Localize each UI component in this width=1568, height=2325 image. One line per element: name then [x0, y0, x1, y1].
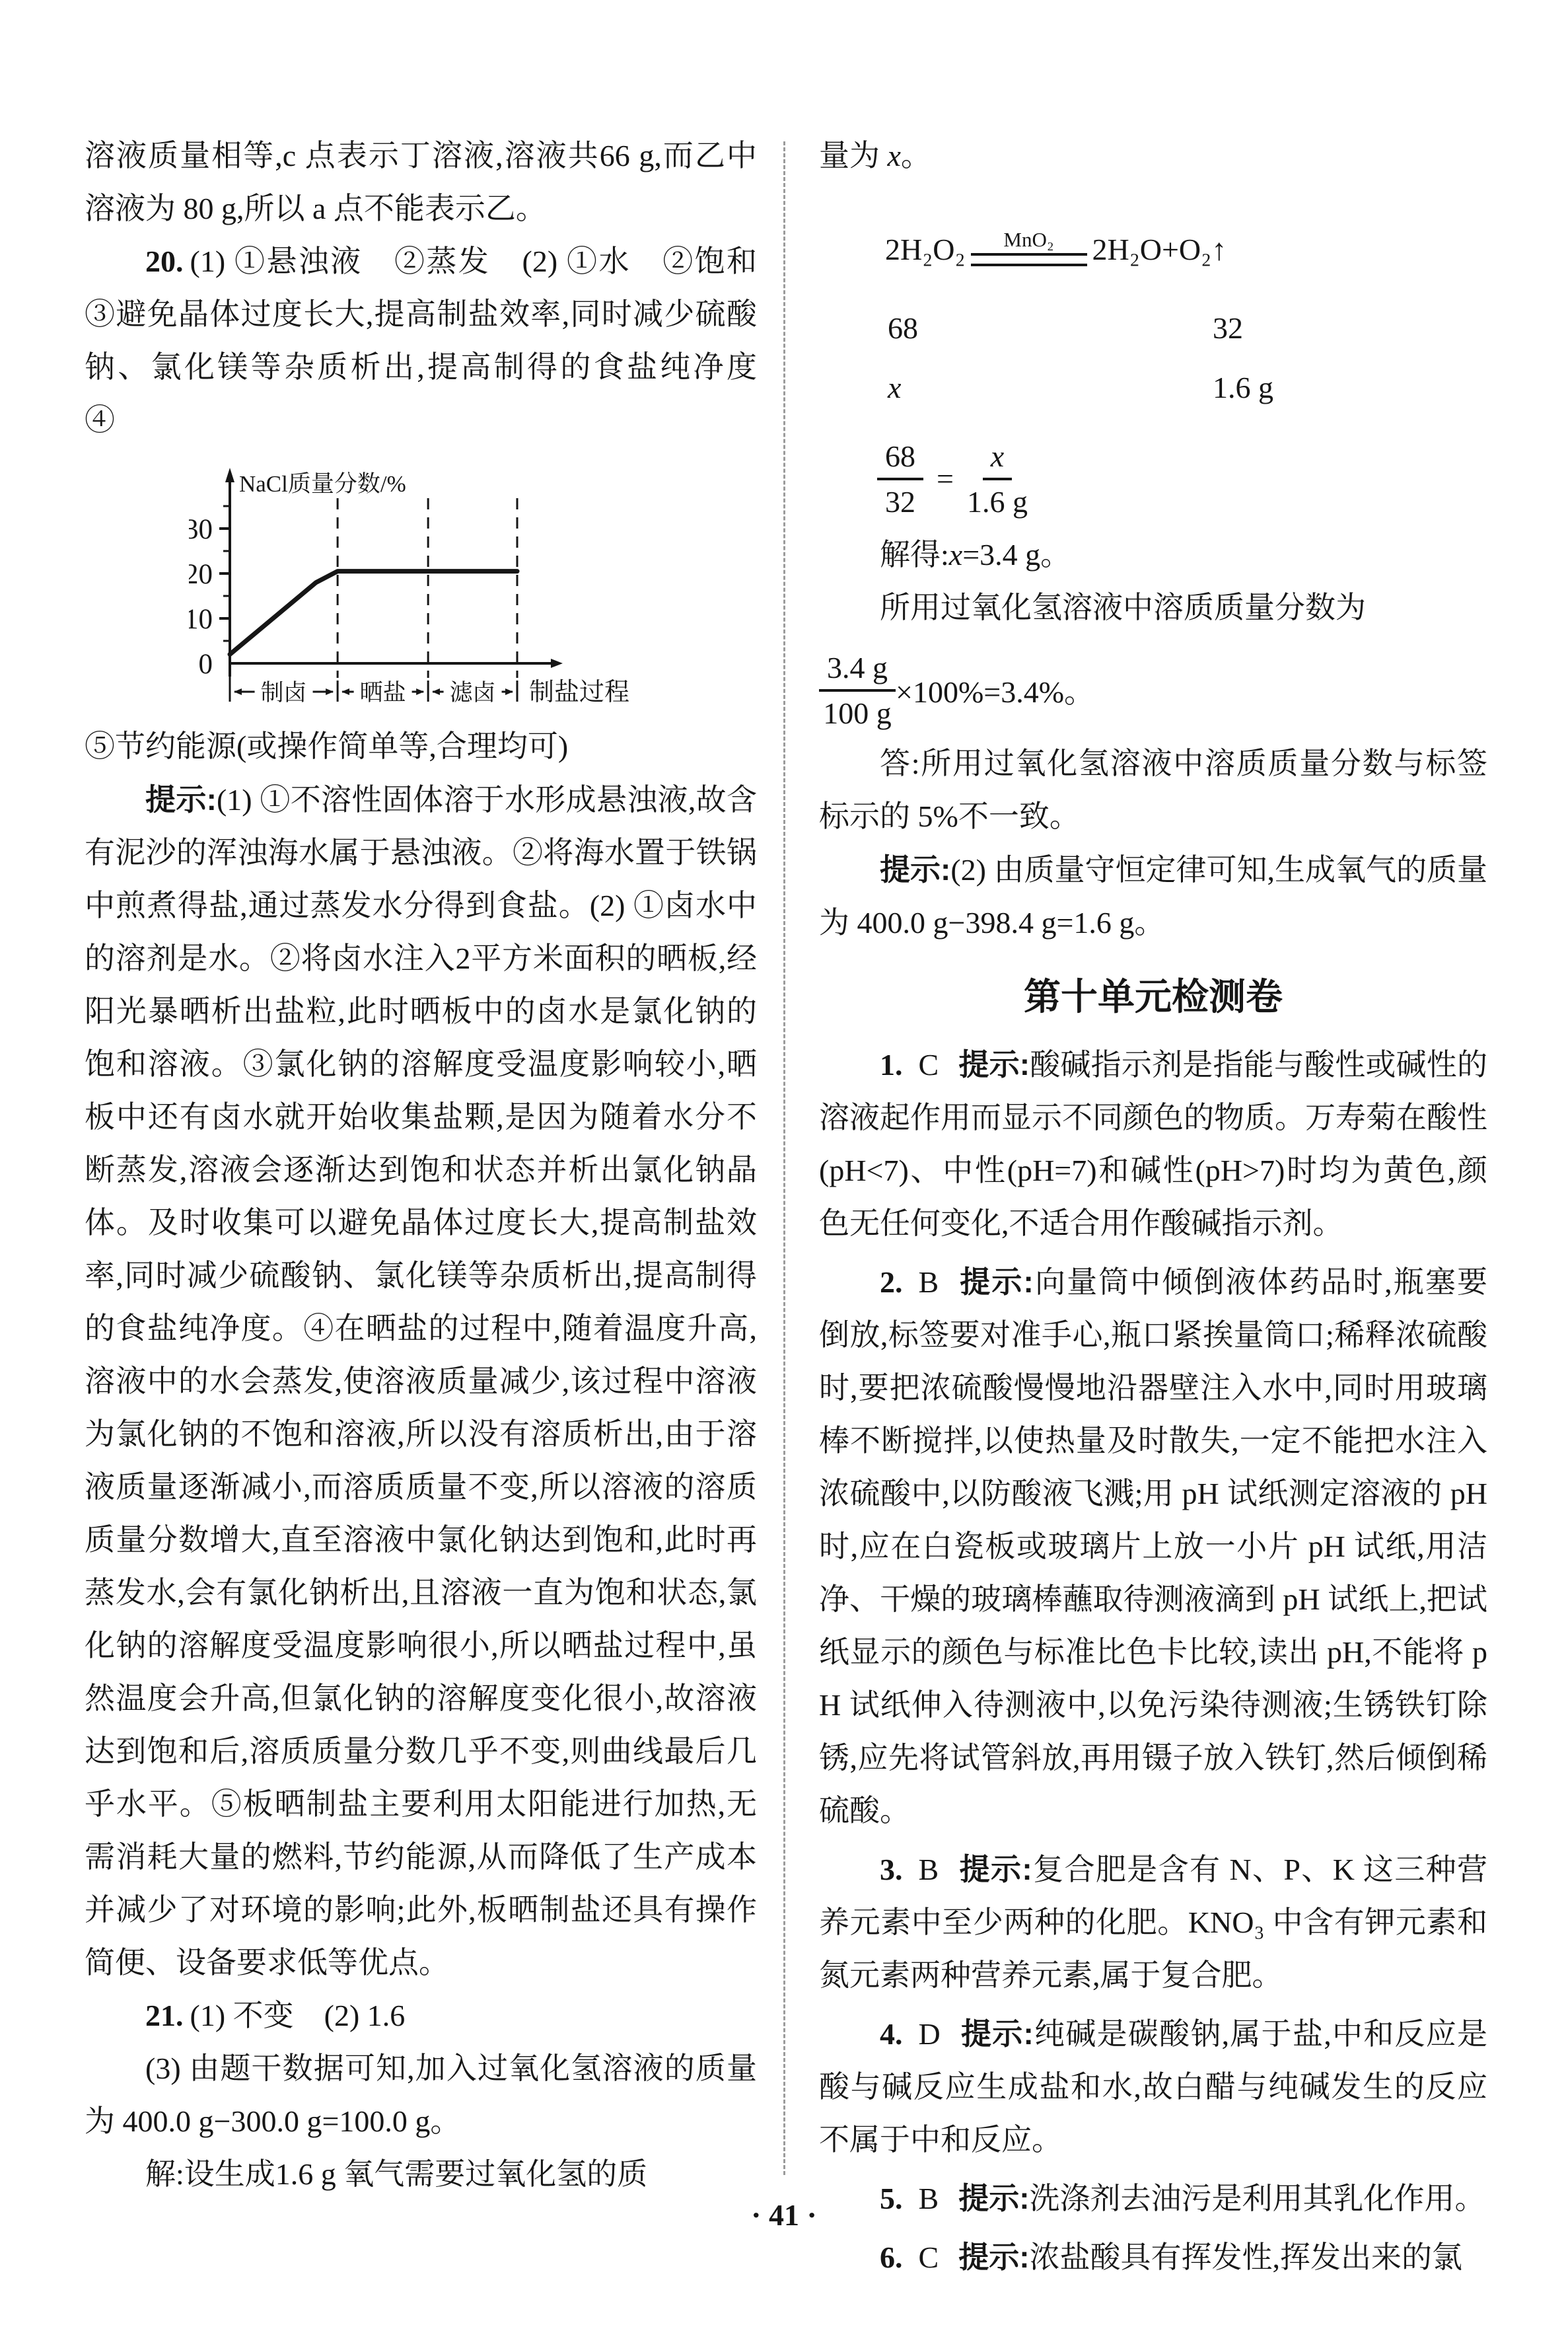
equation-product: 2H₂O+O₂ — [1092, 232, 1212, 267]
chemical-equation: 2H₂O₂ MnO₂ 2H₂O+O₂ ↑ — [885, 200, 1487, 299]
answer-20: 20.(1) ①悬浊液 ②蒸发 (2) ①水 ②饱和 ③避免晶体过度长大,提高制… — [85, 235, 757, 447]
question-number: 20. — [145, 244, 184, 278]
catalyst-over-equals: MnO₂ — [971, 227, 1087, 266]
mass-fraction-intro: 所用过氧化氢溶液中溶质质量分数为 — [819, 581, 1487, 634]
numerator-x: x — [983, 437, 1012, 480]
actual-mass-right: 1.6 g — [1213, 358, 1273, 418]
fraction-left: 68 32 — [877, 437, 923, 519]
item-number: 6. — [880, 2240, 903, 2274]
double-equals-line — [971, 253, 1087, 266]
hint-label: 提示: — [880, 852, 950, 887]
answer-item-6: 6.C提示:浓盐酸具有挥发性,挥发出来的氯 — [819, 2231, 1487, 2284]
item-number: 1. — [880, 1048, 903, 1082]
item-number: 3. — [880, 1853, 903, 1886]
svg-text:10: 10 — [189, 604, 213, 635]
carryover-line: 量为 x。 — [819, 129, 1487, 182]
svg-text:制卤: 制卤 — [261, 680, 307, 706]
section-title: 第十单元检测卷 — [819, 967, 1487, 1027]
nacl-mass-fraction-chart: NaCl质量分数/%0102030制卤晒盐滤卤制盐过程 — [189, 457, 647, 714]
solve-result-post: =3.4 g。 — [962, 538, 1071, 572]
answer-letter: C — [919, 2240, 939, 2274]
item-number: 2. — [880, 1265, 903, 1299]
svg-text:20: 20 — [189, 559, 213, 590]
hint-21: 提示:(2) 由质量守恒定律可知,生成氧气的质量为 400.0 g−398.4 … — [819, 843, 1487, 949]
answer-20-point5: ⑤节约能源(或操作简单等,合理均可) — [85, 720, 757, 773]
fraction-mass: 3.4 g 100 g — [819, 649, 896, 731]
carryover-post: 。 — [901, 139, 931, 172]
numerator: 68 — [877, 437, 923, 480]
svg-text:滤卤: 滤卤 — [450, 680, 496, 706]
workbook-answer-page: 溶液质量相等,c 点表示丁溶液,溶液共66 g,而乙中溶液为 80 g,所以 a… — [0, 0, 1568, 2325]
catalyst-label: MnO₂ — [1003, 227, 1053, 253]
hint-label: 提示: — [145, 782, 217, 817]
answer-item-2: 2.B提示:向量筒中倾倒液体药品时,瓶塞要倒放,标签要对准手心,瓶口紧挨量筒口;… — [819, 1255, 1487, 1837]
answer-letter: D — [919, 2017, 941, 2051]
solution-start-text: 设生成1.6 g 氧气需要过氧化氢的质 — [184, 2157, 648, 2191]
final-answer: 答:所用过氧化氢溶液中溶质质量分数与标签标示的 5%不一致。 — [819, 737, 1487, 843]
answer-item-1: 1.C提示:酸碱指示剂是指能与酸性或碱性的溶液起作用而显示不同颜色的物质。万寿菊… — [819, 1038, 1487, 1250]
hint-label: 提示: — [960, 2016, 1034, 2051]
proportion-equation: 68 32 = x 1.6 g — [877, 437, 1487, 519]
answer-21-text: (1) 不变 (2) 1.6 — [190, 1999, 406, 2032]
answer-letter: C — [919, 1048, 939, 1082]
svg-text:制盐过程: 制盐过程 — [529, 679, 629, 706]
mass-fraction-calculation: 3.4 g 100 g ×100%=3.4%。 — [819, 649, 1487, 731]
paragraph-continuation: 溶液质量相等,c 点表示丁溶液,溶液共66 g,而乙中溶液为 80 g,所以 a… — [85, 129, 757, 235]
percent-result: ×100%=3.4%。 — [896, 668, 1094, 712]
svg-text:30: 30 — [189, 514, 213, 545]
answer-21-part3: (3) 由题干数据可知,加入过氧化氢溶液的质量为 400.0 g−300.0 g… — [85, 2042, 757, 2148]
y-axis-arrow-icon — [225, 468, 234, 482]
final-answer-text: 所用过氧化氢溶液中溶质质量分数与标签标示的 5%不一致。 — [819, 747, 1487, 833]
right-column: 量为 x。 2H₂O₂ MnO₂ 2H₂O+O₂ ↑ 68 32 x 1.6 g… — [819, 129, 1487, 2284]
hint-label: 提示: — [958, 1265, 1034, 1299]
hint-label: 提示: — [958, 1852, 1032, 1886]
hint-label: 提示: — [958, 1047, 1030, 1082]
x-axis-arrow-icon — [551, 659, 563, 668]
question-number: 21. — [145, 1999, 184, 2032]
molar-mass-right: 32 — [1213, 299, 1243, 358]
svg-text:NaCl质量分数/%: NaCl质量分数/% — [239, 471, 406, 497]
chart-svg: NaCl质量分数/%0102030制卤晒盐滤卤制盐过程 — [189, 457, 647, 714]
variable-x: x — [888, 371, 901, 404]
answer-20-text: (1) ①悬浊液 ②蒸发 (2) ①水 ②饱和 ③避免晶体过度长大,提高制盐效率… — [85, 244, 787, 437]
molar-mass-left: 68 — [888, 311, 918, 345]
denominator: 32 — [885, 480, 915, 519]
carryover-pre: 量为 — [819, 139, 888, 172]
column-divider — [783, 141, 785, 2175]
page-number: · 41 · — [0, 2197, 1568, 2233]
answer-letter: B — [919, 1265, 939, 1299]
variable-x: x — [949, 538, 962, 572]
answer-label: 答: — [880, 747, 920, 780]
answer-21: 21.(1) 不变 (2) 1.6 — [85, 1989, 757, 2042]
variable-x: x — [888, 139, 901, 172]
stoich-row-molar: 68 32 — [888, 299, 1487, 358]
left-column: 溶液质量相等,c 点表示丁溶液,溶液共66 g,而乙中溶液为 80 g,所以 a… — [85, 129, 757, 2201]
item-text: 向量筒中倾倒液体药品时,瓶塞要倒放,标签要对准手心,瓶口紧挨量筒口;稀释浓硫酸时… — [819, 1265, 1487, 1827]
equals-sign: = — [937, 461, 954, 496]
numerator: 3.4 g — [819, 649, 896, 692]
equation-reactant: 2H₂O₂ — [885, 232, 966, 267]
solve-result-pre: 解得: — [880, 538, 949, 572]
stoich-row-actual: x 1.6 g — [888, 358, 1487, 418]
solve-label: 解: — [145, 2157, 184, 2191]
answer-item-3: 3.B提示:复合肥是含有 N、P、K 这三种营养元素中至少两种的化肥。KNO₃ … — [819, 1843, 1487, 2002]
hint-20-text: (1) ①不溶性固体溶于水形成悬浊液,故含有泥沙的浑浊海水属于悬浊液。②将海水置… — [85, 783, 757, 1979]
fraction-right: x 1.6 g — [967, 437, 1028, 519]
svg-text:晒盐: 晒盐 — [360, 680, 406, 706]
hint-20: 提示:(1) ①不溶性固体溶于水形成悬浊液,故含有泥沙的浑浊海水属于悬浊液。②将… — [85, 773, 757, 1989]
denominator: 100 g — [823, 692, 892, 731]
answer-item-4: 4.D提示:纯碱是碳酸钠,属于盐,中和反应是酸与碱反应生成盐和水,故白醋与纯碱发… — [819, 2007, 1487, 2166]
answer-letter: B — [919, 1853, 939, 1886]
hint-label: 提示: — [958, 2240, 1029, 2274]
svg-text:0: 0 — [199, 649, 213, 680]
solution-start: 解:设生成1.6 g 氧气需要过氧化氢的质 — [85, 2148, 757, 2201]
denominator: 1.6 g — [967, 480, 1028, 519]
item-number: 4. — [880, 2017, 903, 2051]
solve-result-line: 解得:x=3.4 g。 — [819, 529, 1487, 581]
item-text: 浓盐酸具有挥发性,挥发出来的氯 — [1030, 2240, 1463, 2274]
gas-up-arrow-icon: ↑ — [1211, 232, 1227, 267]
